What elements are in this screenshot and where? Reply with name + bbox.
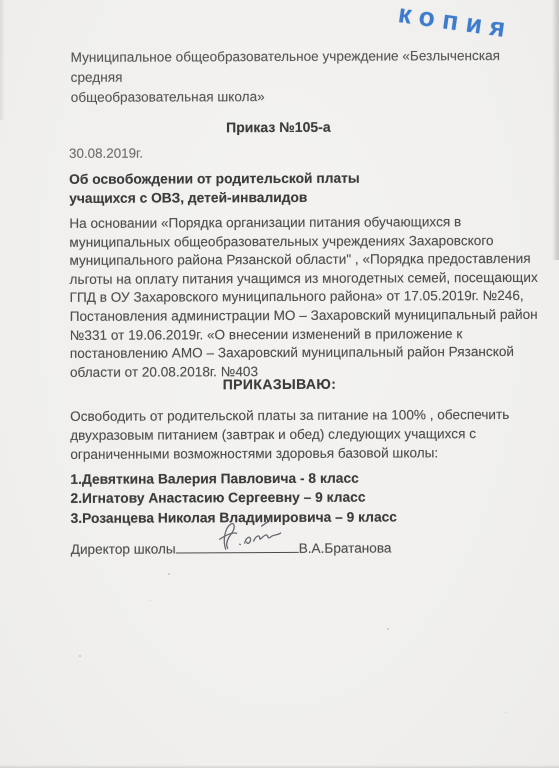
organization-header: Муниципальное общеобразовательное учрежд… xyxy=(71,46,531,108)
directive-line: Освободить от родительской платы за пита… xyxy=(70,406,509,427)
order-title: Приказ №105-а xyxy=(0,118,558,136)
directive-heading: ПРИКАЗЫВАЮ: xyxy=(0,375,559,393)
document-text-layer: Муниципальное общеобразовательное учрежд… xyxy=(0,0,559,768)
basis-line: №331 от 19.06.2019г. «О внесении изменен… xyxy=(70,324,538,345)
student-list: 1.Девяткина Валерия Павловича - 8 класс … xyxy=(70,468,397,527)
student-list-item: 2.Игнатову Анастасию Сергеевну – 9 класс xyxy=(70,488,396,509)
organization-header-line1: Муниципальное общеобразовательное учрежд… xyxy=(71,46,531,88)
basis-line: муниципальных общеобразовательных учрежд… xyxy=(69,231,537,252)
basis-line: ГПД в ОУ Захаровского муниципального рай… xyxy=(70,287,538,308)
student-list-item: 1.Девяткина Валерия Павловича - 8 класс xyxy=(70,468,396,489)
handwritten-signature xyxy=(216,520,296,556)
order-subject-line1: Об освобождении от родительской платы xyxy=(69,169,360,189)
order-subject-line2: учащихся с ОВЗ, детей-инвалидов xyxy=(69,188,360,208)
order-basis-paragraph: На основании «Порядка организации питани… xyxy=(69,213,538,382)
signature-role-label: Директор школы xyxy=(71,541,176,556)
directive-paragraph: Освободить от родительской платы за пита… xyxy=(70,406,509,464)
basis-line: муниципального района Рязанской области"… xyxy=(69,250,537,271)
signature-name: В.А.Братанова xyxy=(299,541,392,556)
directive-line: ограниченными возможностями здоровья баз… xyxy=(70,444,509,465)
basis-line: постановлению АМО – Захаровский муниципа… xyxy=(70,343,538,364)
directive-line: двухразовым питанием (завтрак и обед) сл… xyxy=(70,425,509,446)
basis-line: льготы на оплату питания учащимся из мно… xyxy=(70,269,538,290)
basis-line: На основании «Порядка организации питани… xyxy=(69,213,537,234)
basis-line: Постановления администрации МО – Захаров… xyxy=(70,306,538,327)
order-subject: Об освобождении от родительской платы уч… xyxy=(69,169,360,208)
scanned-order-document: копия Муниципальное общеобразовательное … xyxy=(0,0,559,768)
organization-header-line2: общеобразовательная школа» xyxy=(71,86,531,108)
order-date: 30.08.2019г. xyxy=(69,146,143,161)
